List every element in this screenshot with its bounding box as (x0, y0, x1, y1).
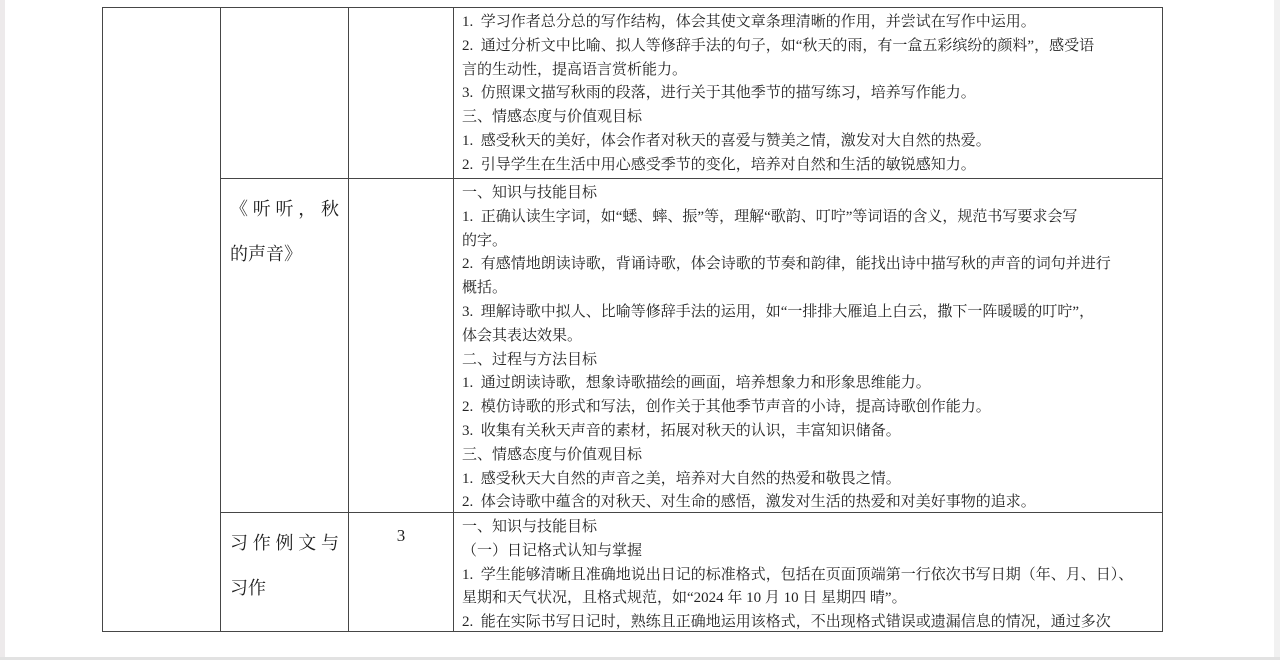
text-line: 1. 正确认读生字词，如“蟋、蟀、振”等，理解“歌韵、叮咛”等词语的含义，规范书… (462, 206, 1154, 230)
page-right-edge (1274, 0, 1280, 660)
text-line: （一）日记格式认知与掌握 (462, 540, 1154, 564)
document-page: 1. 学习作者总分总的写作结构，体会其使文章条理清晰的作用，并尝试在写作中运用。… (0, 0, 1280, 660)
table-row: 1. 学习作者总分总的写作结构，体会其使文章条理清晰的作用，并尝试在写作中运用。… (221, 8, 1162, 178)
text-line: 1. 感受秋天大自然的声音之美，培养对大自然的热爱和敬畏之情。 (462, 468, 1154, 492)
text-line: 3. 理解诗歌中拟人、比喻等修辞手法的运用，如“一排排大雁追上白云，撒下一阵暖暖… (462, 301, 1154, 325)
text-line: 2. 有感情地朗读诗歌，背诵诗歌，体会诗歌的节奏和韵律，能找出诗中描写秋的声音的… (462, 253, 1154, 277)
text-line: 二、过程与方法目标 (462, 349, 1154, 373)
lesson-title-cell (221, 8, 349, 178)
lesson-title-cell: 《听听，秋的声音》 (221, 179, 349, 512)
objectives-cell: 一、知识与技能目标1. 正确认读生字词，如“蟋、蟀、振”等，理解“歌韵、叮咛”等… (454, 179, 1162, 512)
text-line: 2. 通过分析文中比喻、拟人等修辞手法的句子，如“秋天的雨，有一盒五彩缤纷的颜料… (462, 35, 1154, 59)
text-line: 1. 感受秋天的美好，体会作者对秋天的喜爱与赞美之情，激发对大自然的热爱。 (462, 130, 1154, 154)
hours-cell (349, 179, 454, 512)
page-left-edge (0, 0, 5, 660)
lesson-objectives-table: 1. 学习作者总分总的写作结构，体会其使文章条理清晰的作用，并尝试在写作中运用。… (102, 7, 1163, 632)
text-line: 的字。 (462, 230, 1154, 254)
text-line: 一、知识与技能目标 (462, 516, 1154, 540)
text-line: 《听听，秋 (230, 187, 339, 232)
text-line: 习作 (230, 566, 339, 611)
lesson-title-cell: 习作例文与习作 (221, 513, 349, 631)
objectives-cell: 1. 学习作者总分总的写作结构，体会其使文章条理清晰的作用，并尝试在写作中运用。… (454, 8, 1162, 178)
text-line: 1. 学生能够清晰且准确地说出日记的标准格式，包括在页面顶端第一行依次书写日期（… (462, 564, 1154, 588)
text-line: 三、情感态度与价值观目标 (462, 106, 1154, 130)
text-line: 三、情感态度与价值观目标 (462, 444, 1154, 468)
table-row: 《听听，秋的声音》 一、知识与技能目标1. 正确认读生字词，如“蟋、蟀、振”等，… (221, 178, 1162, 512)
text-line: 言的生动性，提高语言赏析能力。 (462, 59, 1154, 83)
text-line: 概括。 (462, 277, 1154, 301)
hours-cell: 3 (349, 513, 454, 631)
text-line: 2. 能在实际书写日记时，熟练且正确地运用该格式，不出现格式错误或遗漏信息的情况… (462, 611, 1154, 631)
text-line: 2. 引导学生在生活中用心感受季节的变化，培养对自然和生活的敏锐感知力。 (462, 154, 1154, 178)
text-line: 星期和天气状况，且格式规范，如“2024 年 10 月 10 日 星期四 晴”。 (462, 587, 1154, 611)
table-rows: 1. 学习作者总分总的写作结构，体会其使文章条理清晰的作用，并尝试在写作中运用。… (221, 8, 1162, 631)
merged-left-cell (103, 8, 221, 631)
text-line: 2. 模仿诗歌的形式和写法，创作关于其他季节声音的小诗，提高诗歌创作能力。 (462, 396, 1154, 420)
text-line: 的声音》 (230, 232, 339, 277)
text-line: 3. 仿照课文描写秋雨的段落，进行关于其他季节的描写练习，培养写作能力。 (462, 82, 1154, 106)
table-row: 习作例文与习作 3 一、知识与技能目标（一）日记格式认知与掌握1. 学生能够清晰… (221, 512, 1162, 631)
text-line: 3. 收集有关秋天声音的素材，拓展对秋天的认识，丰富知识储备。 (462, 420, 1154, 444)
hours-cell (349, 8, 454, 178)
text-line: 习作例文与 (230, 521, 339, 566)
text-line: 1. 通过朗读诗歌，想象诗歌描绘的画面，培养想象力和形象思维能力。 (462, 372, 1154, 396)
text-line: 2. 体会诗歌中蕴含的对秋天、对生命的感悟，激发对生活的热爱和对美好事物的追求。 (462, 491, 1154, 512)
text-line: 1. 学习作者总分总的写作结构，体会其使文章条理清晰的作用，并尝试在写作中运用。 (462, 11, 1154, 35)
text-line: 体会其表达效果。 (462, 325, 1154, 349)
objectives-cell: 一、知识与技能目标（一）日记格式认知与掌握1. 学生能够清晰且准确地说出日记的标… (454, 513, 1162, 631)
text-line: 一、知识与技能目标 (462, 182, 1154, 206)
